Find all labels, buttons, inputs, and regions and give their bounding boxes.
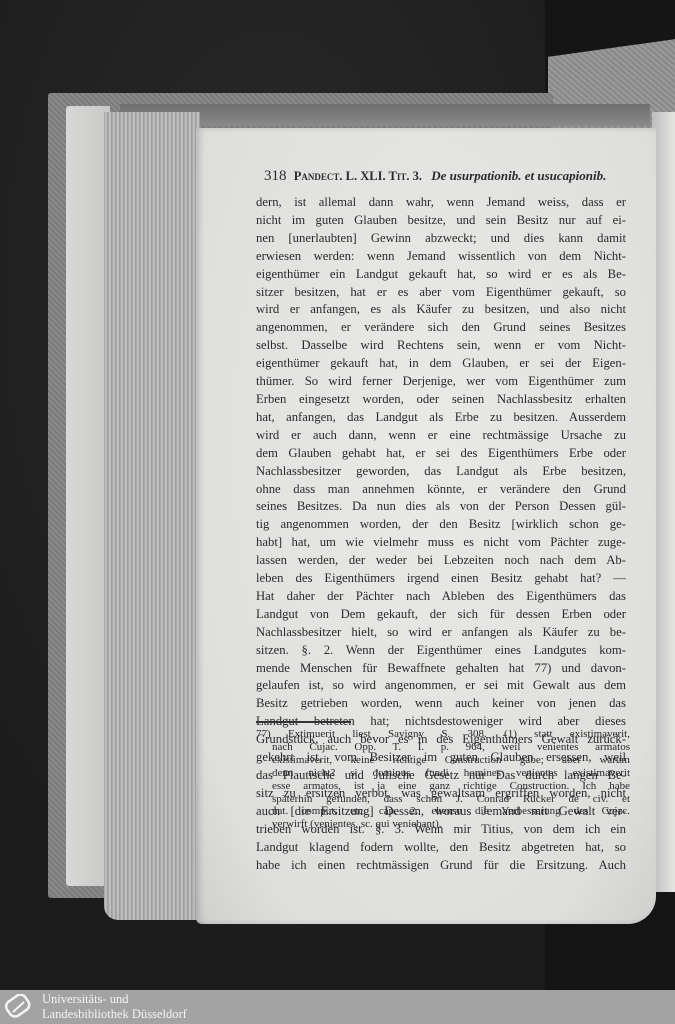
text-line: tig angenommen worden, der den Besitz [w… xyxy=(256,516,626,534)
text-line: nicht im guten Glauben besitze, und sein… xyxy=(256,212,626,230)
text-line: wird er auch dann, wenn er eine rechtmäs… xyxy=(256,427,626,445)
footnote-line: verwirft (venientes, sc. qui veniebant). xyxy=(256,818,630,831)
text-line: mende Menschen für Bewaffnete gehalten h… xyxy=(256,660,626,678)
text-line: Erben eingesetzt worden, oder seinen Nac… xyxy=(256,391,626,409)
text-line: Landgut klagend fodern wollte, den Besit… xyxy=(256,839,626,857)
text-line: Nachlassbesitzer hielt, so wird er anfan… xyxy=(256,624,626,642)
library-name-line-1: Universitäts- und xyxy=(42,992,187,1007)
footnote-rule xyxy=(256,721,351,723)
text-line: sitzen. §. 2. Wenn der Eigenthümer eines… xyxy=(256,642,626,660)
footnote-77: 77) Extimuerit liest Savigny S. 308. (1)… xyxy=(256,728,630,831)
footnote-line: nach Cujac. Opp. T. I. p. 964, weil veni… xyxy=(256,741,630,754)
text-line: seines Besitzes. Da nun dies als von der… xyxy=(256,498,626,516)
text-line: lassen werden, der weder bei Lebzeiten n… xyxy=(256,552,626,570)
footnote-line: späterhin gefunden, dass schon J. Conrad… xyxy=(256,793,630,806)
text-line: sitzer besitzen, hat er es aber vom Eige… xyxy=(256,284,626,302)
text-line: thümer. So wird ferner Derjenige, wer vo… xyxy=(256,373,626,391)
library-logo-icon xyxy=(4,994,34,1020)
text-line: eigenthümer ein Landgut gekauft hat, so … xyxy=(256,266,626,284)
chapter-title: De usurpationib. et usucapionib. xyxy=(431,168,606,183)
page-number: 318 xyxy=(264,168,287,184)
section-reference: Pandect. L. XLI. Tit. 3. xyxy=(294,169,422,183)
page-block-fore-edge xyxy=(104,112,200,920)
footnote-line: nat. comput. etc. cap. 2. ebenso die Ver… xyxy=(256,805,630,818)
text-line: habe ich einen rechtmässigen Grund für d… xyxy=(256,857,626,875)
text-line: Landgut von Dem gekauft, der sich für de… xyxy=(256,606,626,624)
text-line: angenommen, er verändere sich den Grund … xyxy=(256,319,626,337)
book-page: 318 Pandect. L. XLI. Tit. 3. De usurpati… xyxy=(196,128,656,924)
text-line: ohne dass man annehmen könnte, er veränd… xyxy=(256,481,626,499)
footnote-line: denn nicht? si dominus fundi homines ven… xyxy=(256,767,630,780)
library-name-line-2: Landesbibliothek Düsseldorf xyxy=(42,1007,187,1022)
footnote-line: existimaverit, keine richtige Constructi… xyxy=(256,754,630,767)
text-line: hat, anfangen, das Landgut als Erbe zu b… xyxy=(256,409,626,427)
running-head: 318 Pandect. L. XLI. Tit. 3. De usurpati… xyxy=(264,168,644,185)
library-banner: Universitäts- und Landesbibliothek Düsse… xyxy=(0,990,675,1024)
text-line: eigenthümer gekauft hat, in dem Glauben,… xyxy=(256,355,626,373)
text-line: erwiesen werden: wenn Jemand wissentlich… xyxy=(256,248,626,266)
library-name: Universitäts- und Landesbibliothek Düsse… xyxy=(42,992,187,1022)
footnote-line: 77) Extimuerit liest Savigny S. 308. (1)… xyxy=(256,728,630,741)
text-line: gelaufen ist, so wird angenommen, er sei… xyxy=(256,677,626,695)
footnote-line: esse armatos, ist ja eine ganz richtige … xyxy=(256,780,630,793)
text-line: dern, ist allemal dann wahr, wenn Jemand… xyxy=(256,194,626,212)
text-line: Hat daher der Pächter nach Ableben des E… xyxy=(256,588,626,606)
text-line: Besitz getrieben worden, wenn auch keine… xyxy=(256,695,626,713)
text-line: dem Glauben gehabt hat, er sei des Eigen… xyxy=(256,445,626,463)
text-line: Nachlassbesitzer geworden, das Landgut a… xyxy=(256,463,626,481)
text-line: nen [unerlaubten] Gewinn abzweckt; und d… xyxy=(256,230,626,248)
text-line: selbst. Dasselbe wird Rechtens sein, wen… xyxy=(256,337,626,355)
text-line: habt] hat, um wie vielmehr muss es nicht… xyxy=(256,534,626,552)
text-line: leben des Eigenthümers irgend einen Besi… xyxy=(256,570,626,588)
text-line: wird er anfangen, es als Käufer zu besit… xyxy=(256,301,626,319)
